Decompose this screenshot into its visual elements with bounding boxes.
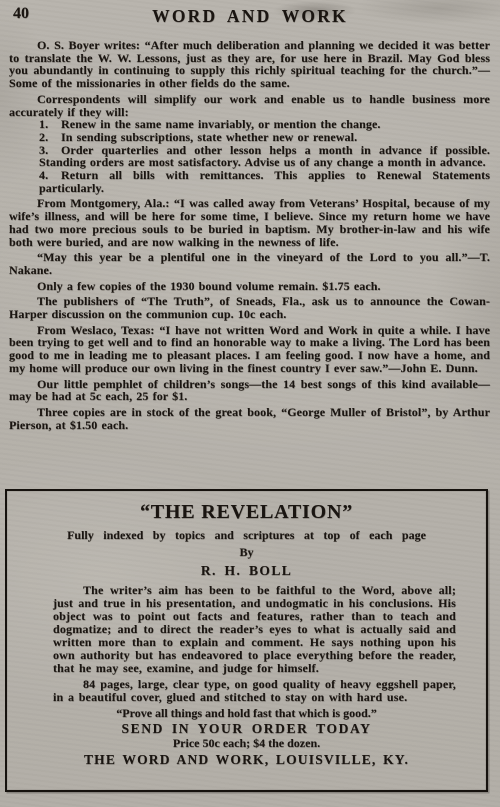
ad-title: “THE REVELATION” [27,501,466,523]
revelation-ad-box: “THE REVELATION” Fully indexed by topics… [5,489,488,792]
page-header: 40 WORD AND WORK [0,0,500,28]
subscription-instructions-list: 1.Renew in the same name invariably, or … [0,118,500,194]
ad-quote: “Prove all things and hold fast that whi… [27,705,466,720]
ad-author: R. H. BOLL [27,563,466,578]
list-item-text: Return all bills with remittances. This … [39,168,490,195]
paragraph-nakane-quote: “May this year be a plentiful one in the… [9,251,490,276]
page-title: WORD AND WORK [152,6,348,27]
ad-byline: By [27,546,466,559]
scanned-magazine-page: 40 WORD AND WORK O. S. Boyer writes: “Af… [0,0,500,807]
paragraph-george-muller: Three copies are in stock of the great b… [9,406,490,431]
paragraph-montgomery: From Montgomery, Ala.: “I was called awa… [9,197,490,248]
ad-subtitle: Fully indexed by topics and scriptures a… [27,529,466,542]
line-bound-volume: Only a few copies of the 1930 bound volu… [9,280,490,293]
paragraph-truth-publishers: The publishers of “The Truth”, of Sneads… [9,295,490,320]
ad-specs: 84 pages, large, clear type, on good qua… [53,678,456,704]
list-item-text: Order quarterlies and other lesson helps… [39,143,490,170]
ad-order-cta: SEND IN YOUR ORDER TODAY [27,721,466,736]
list-item-number: 2. [39,131,61,144]
list-item: 4.Return all bills with remittances. Thi… [9,169,490,194]
paragraph-boyer: O. S. Boyer writes: “After much delibera… [9,39,490,90]
paragraph-pamphlet: Our little pemphlet of children’s songs—… [9,378,490,403]
ad-description: The writer’s aim has been to be faithful… [53,584,456,675]
list-item: 3.Order quarterlies and other lesson hel… [9,144,490,169]
ad-price: Price 50c each; $4 the dozen. [27,737,466,750]
page-number: 40 [13,5,29,23]
paragraph-correspondents-intro: Correspondents will simplify our work an… [9,93,490,118]
paragraph-weslaco: From Weslaco, Texas: “I have not written… [9,324,490,375]
ad-publisher: THE WORD AND WORK, LOUISVILLE, KY. [27,752,466,767]
